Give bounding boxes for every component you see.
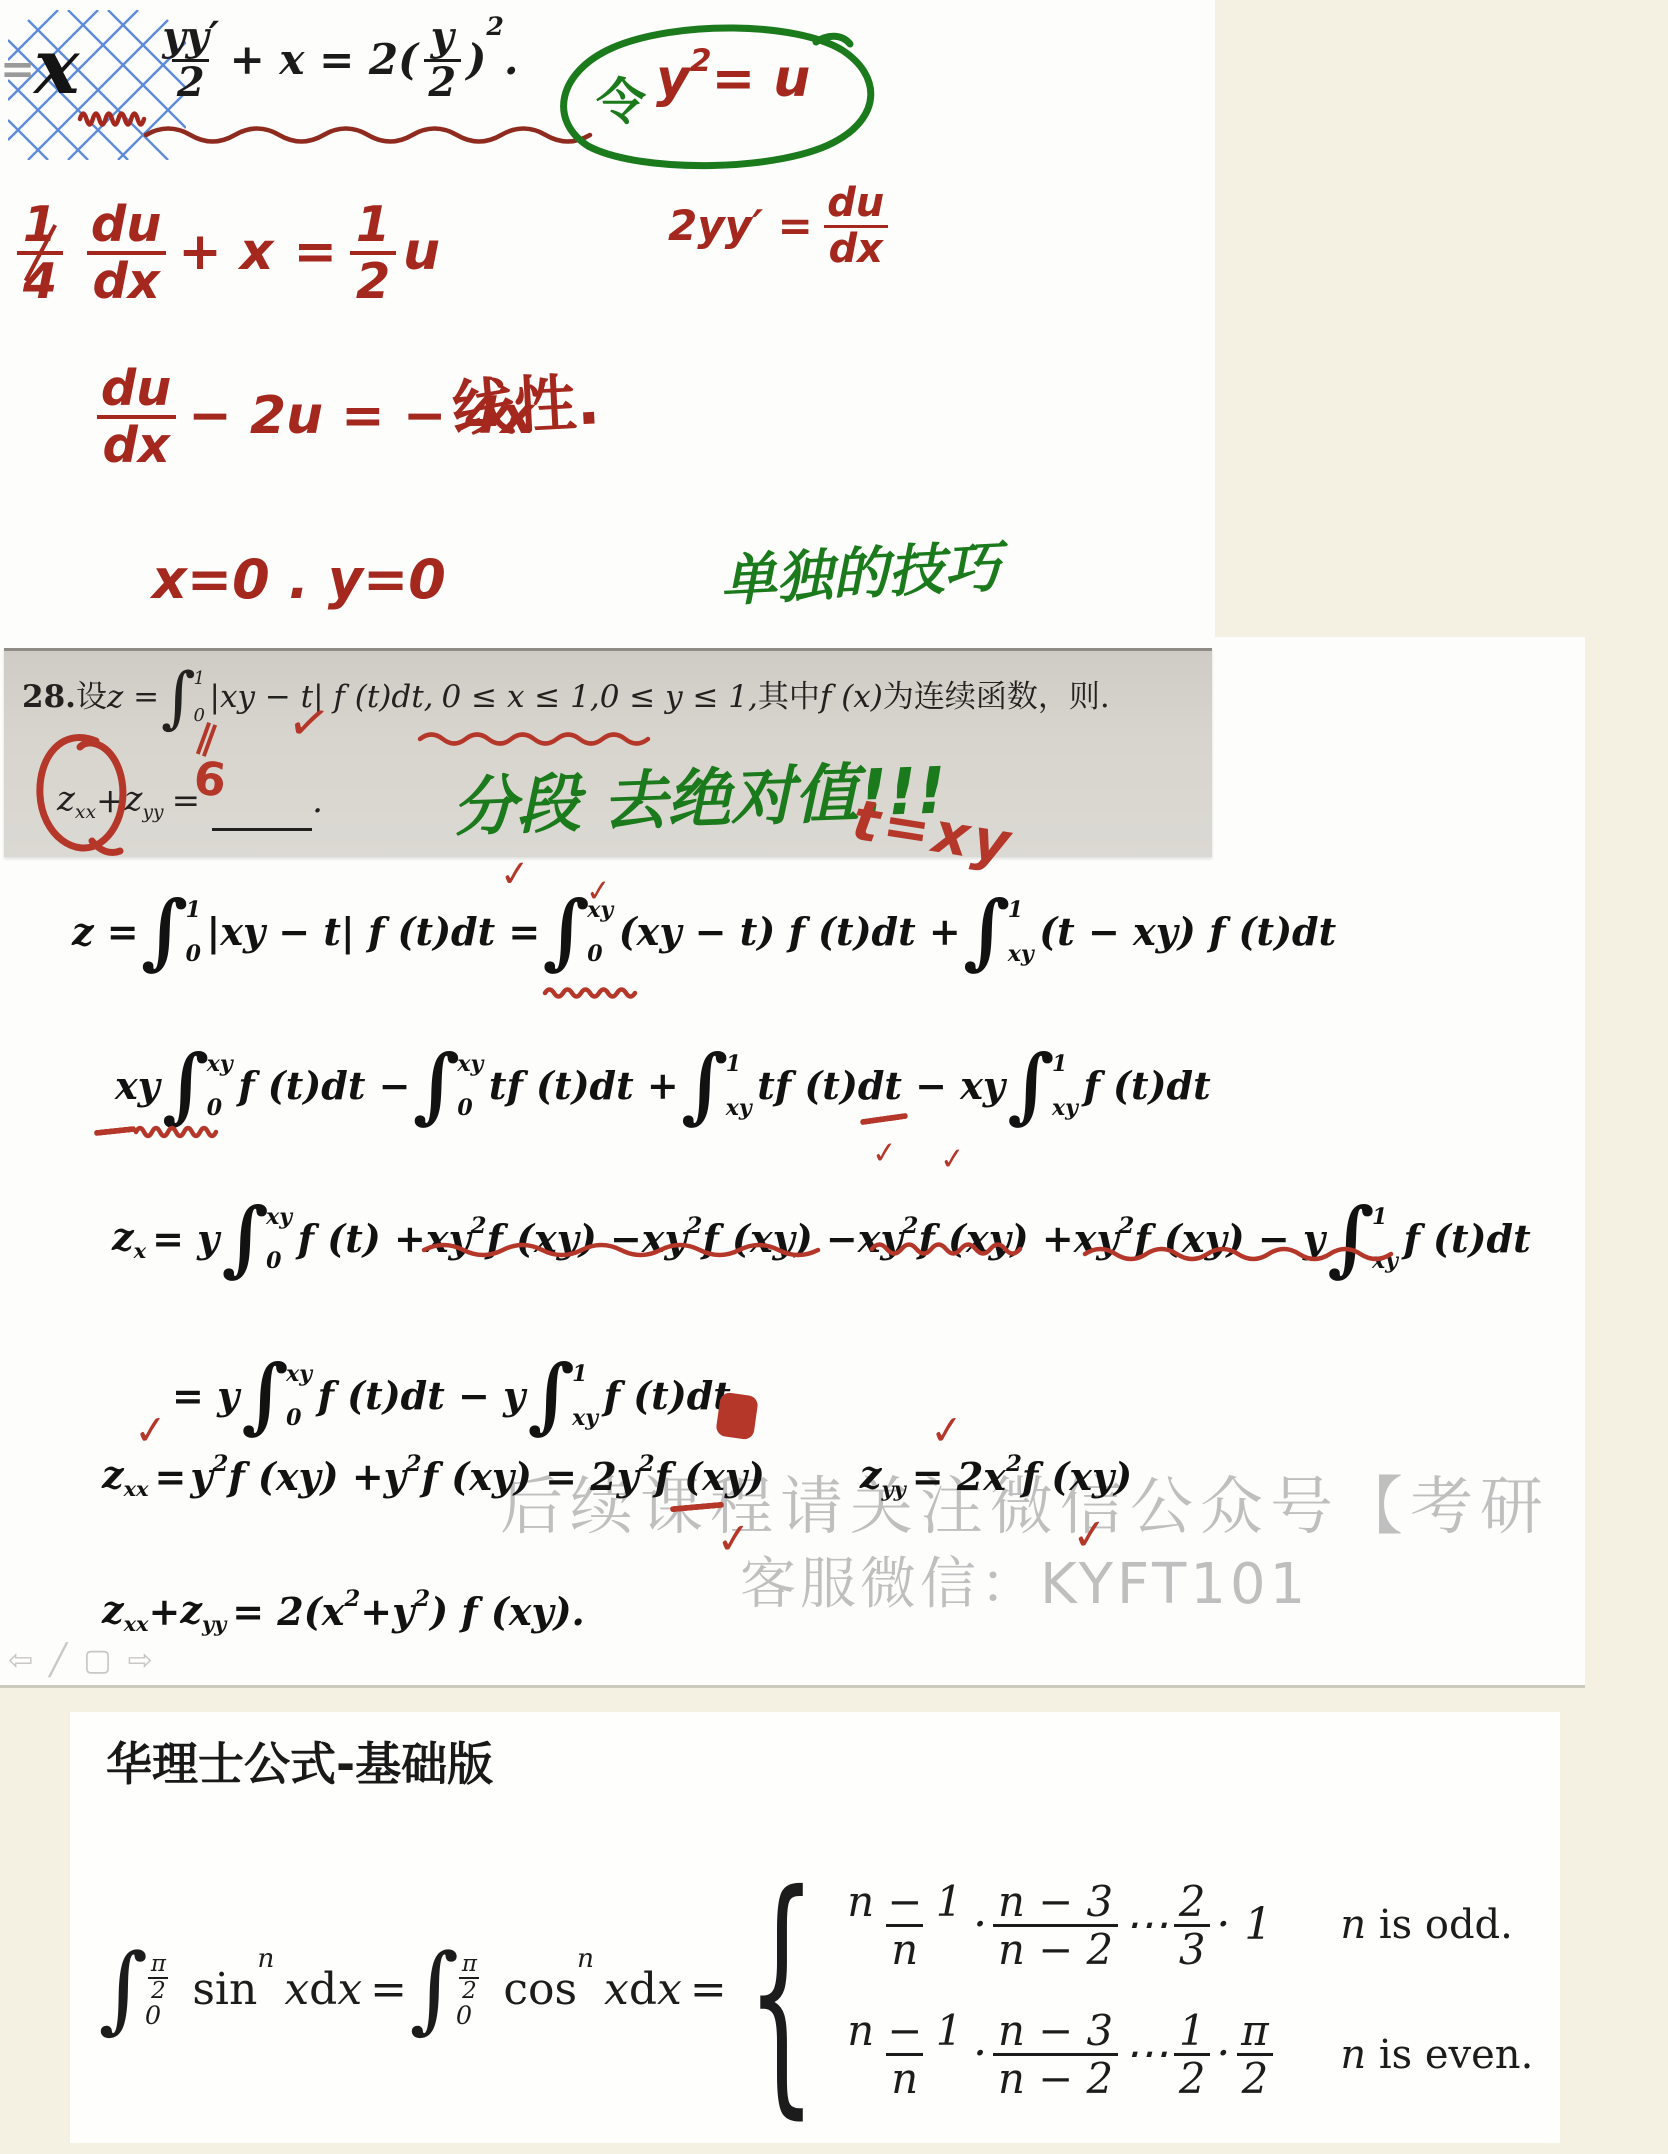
solution-line2: xy∫xy0f (t)dt −∫xy0tf (t)dt +∫1xytf (t)d… [115, 1050, 1211, 1122]
let-label: 令 [596, 62, 646, 134]
annotation-toolbar: ⇦ ╱ ▢ ⇨ [8, 1643, 153, 1678]
solution-line5: zxx=y2f (xy) +y2f (xy) = 2y2f (xy)zyy= 2… [102, 1453, 1132, 1501]
red-wavy-inequality [420, 730, 648, 748]
check-2y2: ✓ [714, 1513, 753, 1565]
substitution-formula: y2= u [656, 50, 810, 110]
solution-line3: zx= y∫xy0f (t) +xy2f (xy) −xy2f (xy) −xy… [112, 1203, 1531, 1275]
check-x2f: ✓ [1070, 1509, 1109, 1561]
case-even-expression: n − 1n·n − 3n − 2⋯12·π2 [836, 2008, 1326, 2101]
linear-note: 线性. [450, 352, 602, 449]
wavy-l3-b [872, 1240, 1020, 1258]
red-tilde-mark [80, 108, 144, 130]
wallis-lhs: ∫π20sinnxdx=∫π20cosnxdx= [96, 1948, 727, 2032]
answer-six-mark: 6 [191, 750, 228, 807]
solution-line6: zxx+zyy= 2(x2+y2) f (xy). [102, 1588, 585, 1636]
wallis-title: 华理士公式-基础版 [106, 1728, 493, 1794]
problem-statement-line1: 28. 设 z =∫10|xy − t| f (t)dt,0 ≤ x ≤ 1,0… [22, 668, 1110, 727]
technique-tip: 单独的技巧 [718, 523, 1002, 618]
lecture-notes-page: = x yy′2+ x = 2(y2)2. 令 y2= u 2yy′ =dudx… [0, 0, 1668, 2154]
hatch-x-label: x [34, 22, 79, 111]
case-odd-condition: n is odd. [1340, 1902, 1513, 1948]
wallis-formula: ∫π20sinnxdx=∫π20cosnxdx= { n − 1n·n − 3n… [96, 1845, 1533, 2135]
underline-xy-l1 [545, 986, 635, 1000]
red-dot-mark [715, 1392, 759, 1441]
red-circle-zxx [30, 733, 144, 857]
handwritten-eq1: 14dudx+ x=12u [10, 198, 440, 309]
check-zyy: ✓ [928, 1407, 965, 1456]
cases-brace: { [747, 1840, 817, 2141]
shape-rect-icon[interactable]: ▢ [83, 1643, 111, 1678]
initial-condition: x=0 . y=0 [152, 548, 446, 611]
nav-forward-icon[interactable]: ⇨ [128, 1643, 153, 1678]
check-zxx: ✓ [132, 1407, 169, 1456]
check-xy1: ✓ [585, 873, 613, 910]
solution-line4: = y∫xy0f (t)dt − y∫1xyf (t)dt [172, 1360, 731, 1432]
wavy-l3-a [424, 1240, 818, 1260]
case-odd-expression: n − 1n·n − 3n − 2⋯23· 1 [836, 1879, 1326, 1972]
derivative-note: 2yy′ =dudx [668, 182, 895, 271]
watermark-line2: 客服微信：KYFT101 [740, 1540, 1309, 1620]
wavy-ft-l2 [136, 1124, 216, 1140]
wallis-cases: n − 1n·n − 3n − 2⋯23· 1 n is odd. n − 1n… [836, 1879, 1533, 2102]
check-xy-l2: ✓ [871, 1135, 899, 1172]
red-wavy-underline-eq [146, 122, 590, 148]
check-int1: ✓ [498, 853, 532, 896]
nav-back-icon[interactable]: ⇦ [8, 1643, 33, 1678]
check-int-l2: ✓ [939, 1141, 967, 1178]
wallis-case-even: n − 1n·n − 3n − 2⋯12·π2 n is even. [836, 2008, 1533, 2101]
solution-line1: z =∫10|xy − t| f (t)dt =∫xy0(xy − t) f (… [72, 896, 1336, 968]
wallis-case-odd: n − 1n·n − 3n − 2⋯23· 1 n is odd. [836, 1879, 1533, 1972]
printed-equation: yy′2+ x = 2(y2)2. [152, 16, 519, 105]
pen-icon[interactable]: ╱ [49, 1643, 67, 1678]
wavy-l3-c [1085, 1244, 1391, 1264]
equals-fragment: = [0, 44, 35, 93]
case-even-condition: n is even. [1340, 2032, 1533, 2078]
